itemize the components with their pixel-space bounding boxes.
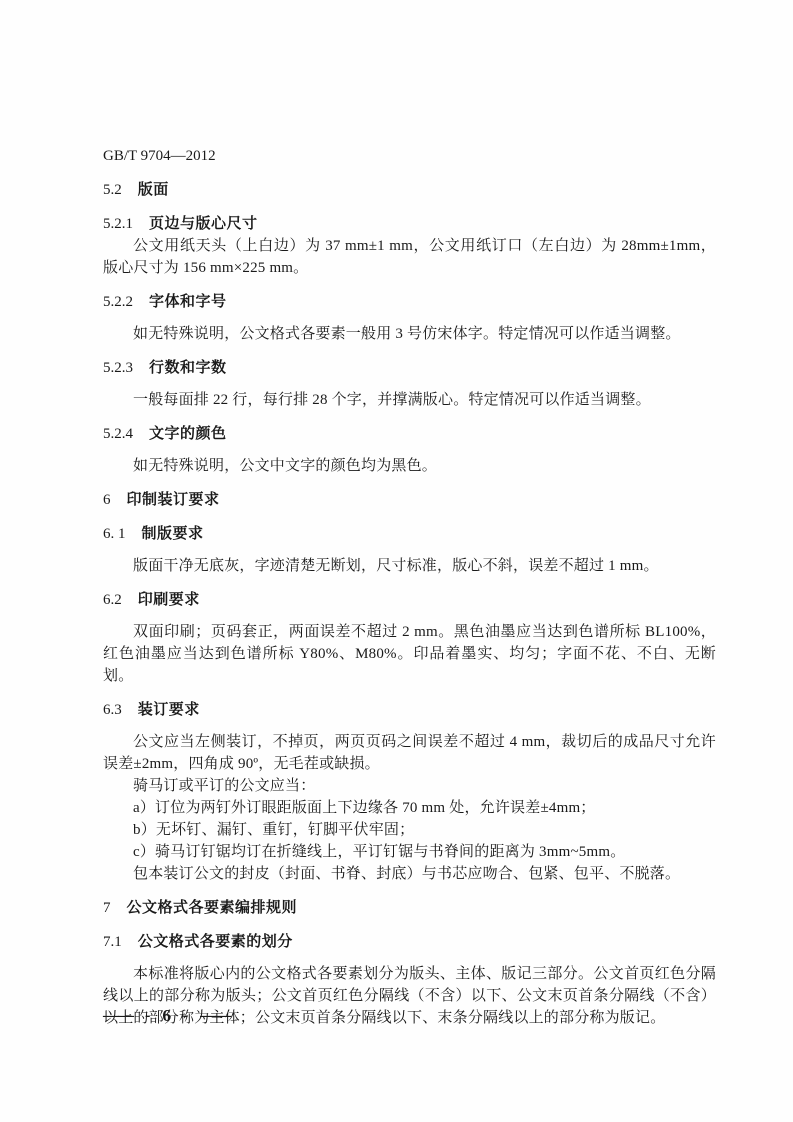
paragraph-6-3-closing: 包本装订公文的封皮（封面、书脊、封底）与书芯应吻合、包紧、包平、不脱落。 (103, 863, 716, 885)
clause-title-5-2-4: 文字的颜色 (149, 425, 227, 442)
heading-6-3: 6.3装订要求 (103, 699, 716, 721)
heading-6-1: 6. 1制版要求 (103, 523, 716, 545)
clause-number-5-2-4: 5.2.4 (103, 426, 133, 442)
heading-5-2-3: 5.2.3行数和字数 (103, 357, 716, 379)
paragraph-6-1: 版面干净无底灰，字迹清楚无断划，尺寸标准，版心不斜，误差不超过 1 mm。 (103, 555, 716, 577)
paragraph-6-3-lead-in: 骑马订或平订的公文应当： (103, 775, 716, 797)
list-item-b: b）无坏钉、漏钉、重钉，钉脚平伏牢固； (103, 819, 716, 841)
clause-title-7-1: 公文格式各要素的划分 (138, 933, 293, 950)
clause-title-5-2-3: 行数和字数 (149, 359, 227, 376)
paragraph-5-2-1: 公文用纸天头（上白边）为 37 mm±1 mm，公文用纸订口（左白边）为 28m… (103, 235, 716, 279)
paragraph-5-2-3: 一般每面排 22 行，每行排 28 个字，并撑满版心。特定情况可以作适当调整。 (103, 389, 716, 411)
heading-7: 7公文格式各要素编排规则 (103, 897, 716, 919)
heading-5-2-1: 5.2.1页边与版心尺寸 (103, 213, 716, 235)
heading-6-2: 6.2印刷要求 (103, 589, 716, 611)
clause-number-6-2: 6.2 (103, 592, 122, 608)
clause-title-6: 印制装订要求 (127, 491, 220, 508)
heading-7-1: 7.1公文格式各要素的划分 (103, 931, 716, 953)
clause-title-7: 公文格式各要素编排规则 (127, 899, 298, 916)
heading-5-2-2: 5.2.2字体和字号 (103, 291, 716, 313)
page-number: —— - 6 - —— (103, 1005, 230, 1027)
clause-title-5-2: 版面 (138, 181, 169, 198)
page-number-right-dash: —— (200, 1005, 230, 1027)
paragraph-6-3: 公文应当左侧装订，不掉页，两页页码之间误差不超过 4 mm，裁切后的成品尺寸允许… (103, 731, 716, 775)
paragraph-5-2-4: 如无特殊说明，公文中文字的颜色均为黑色。 (103, 455, 716, 477)
document-page: GB/T 9704—2012 5.2版面 5.2.1页边与版心尺寸 公文用纸天头… (0, 0, 793, 1122)
heading-6: 6印制装订要求 (103, 489, 716, 511)
clause-title-6-2: 印刷要求 (138, 591, 200, 608)
clause-title-6-1: 制版要求 (142, 525, 204, 542)
page-number-right-hyphen: - (183, 1005, 188, 1027)
clause-number-7: 7 (103, 900, 111, 916)
paragraph-6-2: 双面印刷；页码套正，两面误差不超过 2 mm。黑色油墨应当达到色谱所标 BL10… (103, 621, 716, 687)
clause-number-5-2-3: 5.2.3 (103, 360, 133, 376)
clause-title-5-2-1: 页边与版心尺寸 (149, 215, 258, 232)
page-number-left-dash: —— (103, 1005, 133, 1027)
clause-number-6-3: 6.3 (103, 702, 122, 718)
page-content: GB/T 9704—2012 5.2版面 5.2.1页边与版心尺寸 公文用纸天头… (103, 145, 716, 1029)
clause-number-5-2-2: 5.2.2 (103, 294, 133, 310)
clause-title-6-3: 装订要求 (138, 701, 200, 718)
list-item-a: a）订位为两钉外订眼距版面上下边缘各 70 mm 处，允许误差±4mm； (103, 797, 716, 819)
heading-5-2: 5.2版面 (103, 179, 716, 201)
clause-number-6-1: 6. 1 (103, 526, 126, 542)
standard-number: GB/T 9704—2012 (103, 145, 716, 167)
clause-number-5-2-1: 5.2.1 (103, 216, 133, 232)
clause-number-7-1: 7.1 (103, 934, 122, 950)
clause-number-5-2: 5.2 (103, 182, 122, 198)
list-item-c: c）骑马订钉锯均订在折缝线上，平订钉锯与书脊间的距离为 3mm~5mm。 (103, 841, 716, 863)
paragraph-5-2-2: 如无特殊说明，公文格式各要素一般用 3 号仿宋体字。特定情况可以作适当调整。 (103, 323, 716, 345)
page-number-left-hyphen: - (145, 1005, 150, 1027)
clause-number-6: 6 (103, 492, 111, 508)
heading-5-2-4: 5.2.4文字的颜色 (103, 423, 716, 445)
page-number-value: 6 (162, 1005, 171, 1027)
clause-title-5-2-2: 字体和字号 (149, 293, 227, 310)
